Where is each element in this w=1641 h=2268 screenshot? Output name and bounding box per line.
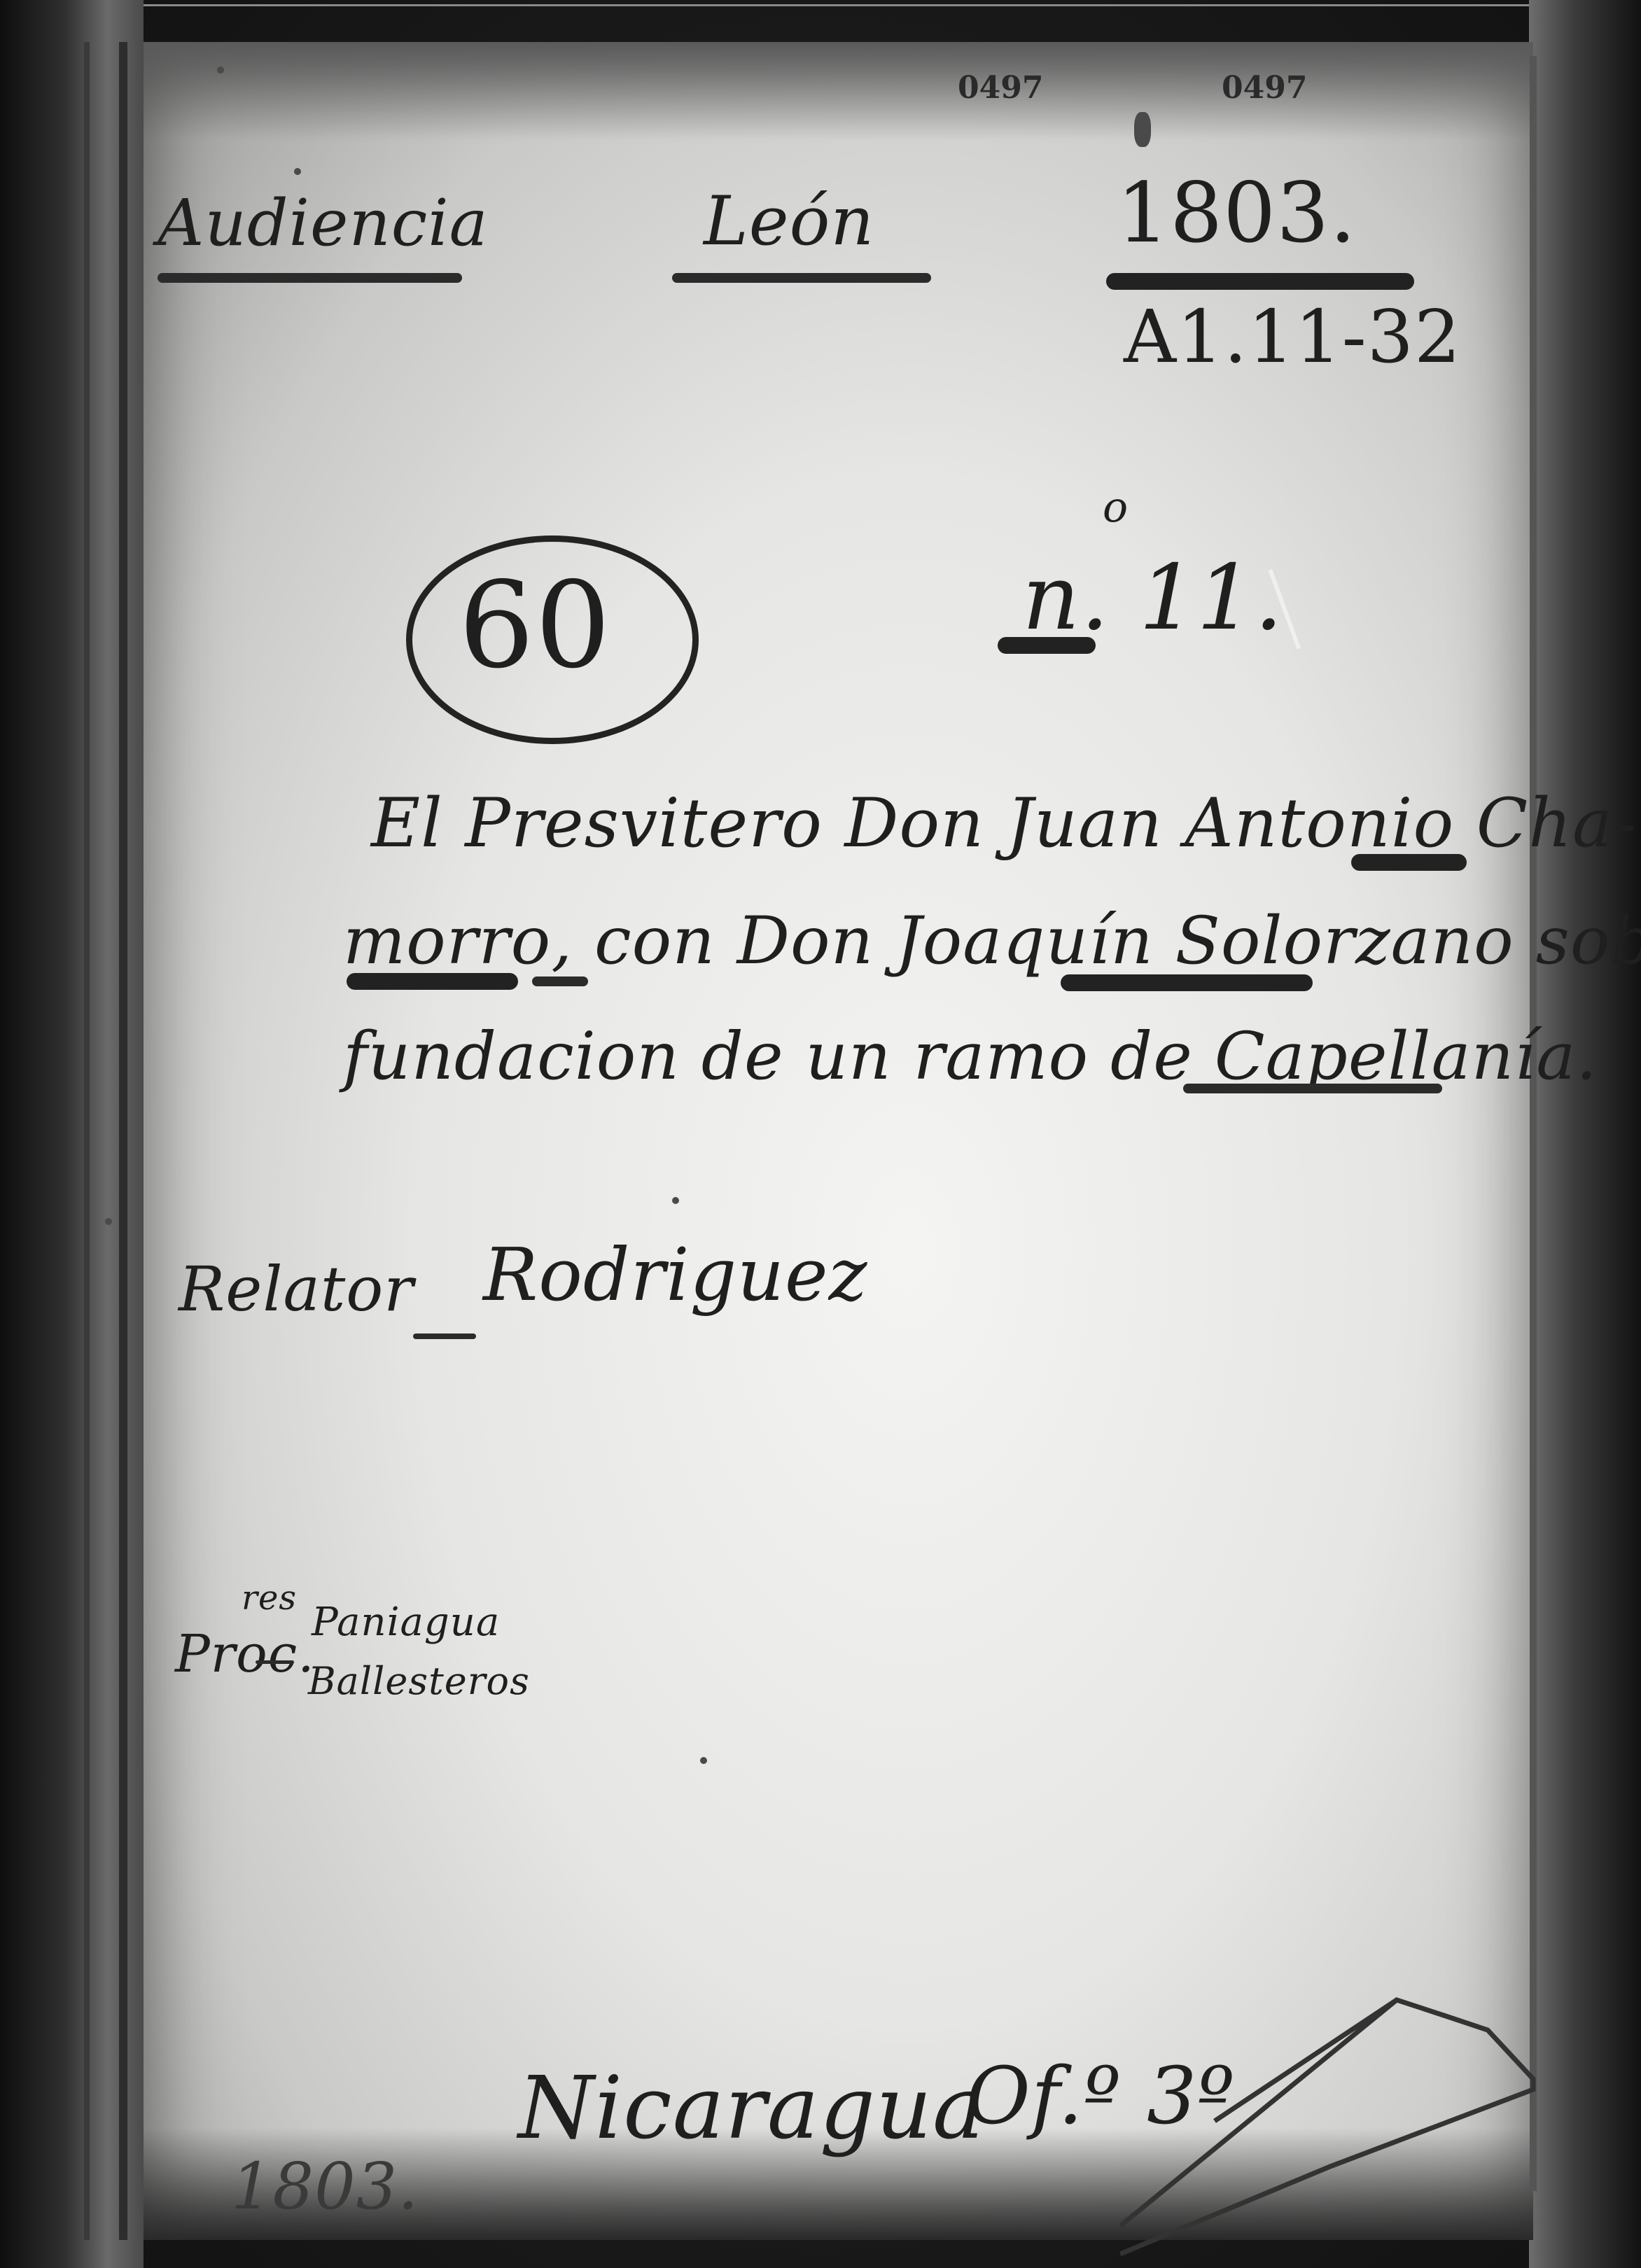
- corner-fold-lines: [1120, 1890, 1641, 2268]
- title-line-2: morro, con Don Joaquín Solorzano sobre: [343, 903, 1641, 979]
- folio-stamp-right: 0497: [1222, 70, 1307, 106]
- relator-name: Rodriguez: [483, 1232, 867, 1317]
- ink-speck: [217, 66, 224, 73]
- underline-chamorro-2: [347, 973, 518, 990]
- relator-label: Relator: [179, 1253, 414, 1325]
- procurador-superscript: res: [242, 1578, 297, 1618]
- header-audiencia-underline: [158, 273, 462, 283]
- film-edge: [0, 4, 1641, 6]
- procurador-name-1: Paniagua: [312, 1599, 500, 1645]
- ink-speck: [105, 1218, 112, 1225]
- procurador-name-2: Ballesteros: [308, 1659, 530, 1703]
- header-place: León: [704, 182, 874, 260]
- underline-solorzano: [1061, 974, 1313, 991]
- footer-year: 1803.: [231, 2149, 419, 2224]
- ink-speck: [672, 1197, 679, 1204]
- left-binding-edge: [0, 0, 144, 2268]
- footer-province: Nicaragua: [518, 2058, 985, 2159]
- item-number: n. 11.: [1022, 546, 1283, 650]
- underline-con: [532, 976, 588, 986]
- procurador-dash: [256, 1660, 294, 1664]
- binding-fold-line: [84, 42, 90, 2240]
- header-place-underline: [672, 273, 931, 283]
- page-shadow-top: [144, 42, 1533, 140]
- underline-chamorro-1: [1351, 854, 1467, 871]
- ink-speck: [294, 168, 301, 175]
- header-year-underline: [1106, 273, 1414, 290]
- folio-stamp-left: 0497: [958, 70, 1043, 106]
- binding-fold-line: [119, 42, 127, 2240]
- procurador-label: Proc.: [175, 1624, 315, 1684]
- title-line-1: El Presvitero Don Juan Antonio Cha-: [371, 784, 1637, 862]
- item-number-underline: [998, 637, 1096, 654]
- item-number-mark: o: [1103, 483, 1129, 532]
- ink-blot: [1134, 112, 1151, 147]
- header-audiencia: Audiencia: [158, 185, 489, 260]
- file-number: 60: [459, 556, 611, 695]
- page-right-edge: [1530, 56, 1537, 2191]
- relator-dash: [413, 1333, 476, 1339]
- underline-capellania: [1183, 1084, 1442, 1093]
- archive-signature: A1.11-32: [1124, 294, 1461, 379]
- ink-speck: [700, 1757, 707, 1764]
- header-year: 1803.: [1117, 164, 1357, 261]
